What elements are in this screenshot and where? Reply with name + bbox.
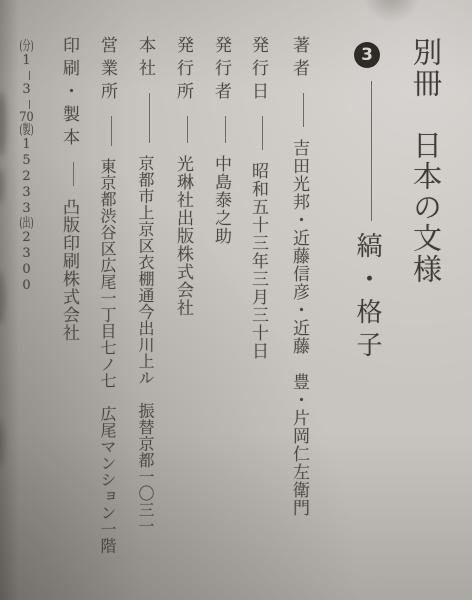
volume-number: 3 — [361, 47, 373, 64]
colophon-label: 本社 — [135, 36, 155, 82]
code-segment: 0 — [19, 278, 34, 294]
code-segment: 2 — [19, 230, 34, 246]
colophon-column-publishing-house: 発行所 光琳社出版株式会社 — [171, 36, 196, 317]
series-title-column: 別冊 日本の文様 — [406, 37, 447, 285]
volume-subtitle: 縞・格子 — [352, 232, 382, 364]
connector-line — [225, 116, 226, 143]
colophon-column-publisher-person: 発行者 中島泰之助 — [209, 36, 234, 245]
book-colophon-page: 別冊 日本の文様 3 縞・格子 著者 吉田光邦・近藤信彦・近藤 豊・片岡仁左衛門… — [0, 0, 472, 600]
scan-smudge — [0, 168, 4, 204]
connector-line — [371, 81, 372, 221]
colophon-label: 著者 — [289, 36, 309, 82]
code-segment: (分) — [19, 40, 34, 53]
colophon-value: 京都市上京区衣棚通今出川上ル 振替京都一〇三一 — [136, 155, 155, 535]
colophon-value: 吉田光邦・近藤信彦・近藤 豊・片岡仁左衛門 — [289, 139, 309, 517]
connector-line — [111, 116, 112, 146]
connector-line — [73, 162, 74, 186]
colophon-column-sales-office: 営業所 東京都渋谷区広尾一丁目七ノ七 広尾マンション一階 — [95, 36, 120, 554]
colophon-label: 発行日 — [248, 36, 268, 105]
code-segment: 3 — [19, 246, 34, 262]
code-segment: 3 — [19, 82, 34, 98]
colophon-value: 昭和五十三年三月三十日 — [248, 162, 268, 360]
colophon-column-head-office: 本社 京都市上京区衣棚通今出川上ル 振替京都一〇三一 — [133, 36, 158, 534]
code-segment: 2 — [19, 169, 34, 185]
scan-smudge — [0, 92, 6, 156]
connector-line — [187, 116, 188, 143]
colophon-label: 発行所 — [173, 36, 193, 105]
connector-line — [149, 93, 150, 143]
code-segment: (出) — [19, 217, 34, 230]
code-segment: 0 — [19, 262, 34, 278]
volume-number-badge: 3 — [354, 42, 380, 68]
colophon-value: 東京都渋谷区広尾一丁目七ノ七 広尾マンション一階 — [98, 158, 117, 554]
code-dash — [29, 71, 30, 80]
code-segment: 5 — [19, 153, 34, 169]
colophon-column-publication-date: 発行日 昭和五十三年三月三十日 — [246, 36, 271, 360]
colophon-value: 光琳社出版株式会社 — [173, 155, 193, 317]
colophon-label: 印刷・製本 — [59, 36, 79, 151]
connector-line — [262, 116, 263, 150]
code-segment: 3 — [19, 185, 34, 201]
colophon-label: 営業所 — [97, 36, 117, 105]
code-segment: 1 — [19, 53, 34, 69]
scan-smudge — [0, 420, 4, 466]
colophon-value: 凸版印刷株式会社 — [59, 198, 79, 342]
code-dash — [29, 100, 30, 109]
colophon-label: 発行者 — [211, 36, 231, 105]
colophon-value: 中島泰之助 — [211, 155, 231, 245]
connector-line — [303, 93, 304, 127]
colophon-column-authors: 著者 吉田光邦・近藤信彦・近藤 豊・片岡仁左衛門 — [287, 36, 312, 517]
volume-column: 3 縞・格子 — [349, 42, 386, 364]
scan-smudge — [0, 272, 5, 324]
colophon-column-printing-binding: 印刷・製本 凸版印刷株式会社 — [57, 36, 82, 342]
code-segment: (製) — [19, 124, 34, 137]
series-title: 別冊 日本の文様 — [409, 37, 443, 285]
codes-column: (分)1370(製)15233(出)2300 — [19, 40, 34, 294]
code-segment: 1 — [19, 137, 34, 153]
